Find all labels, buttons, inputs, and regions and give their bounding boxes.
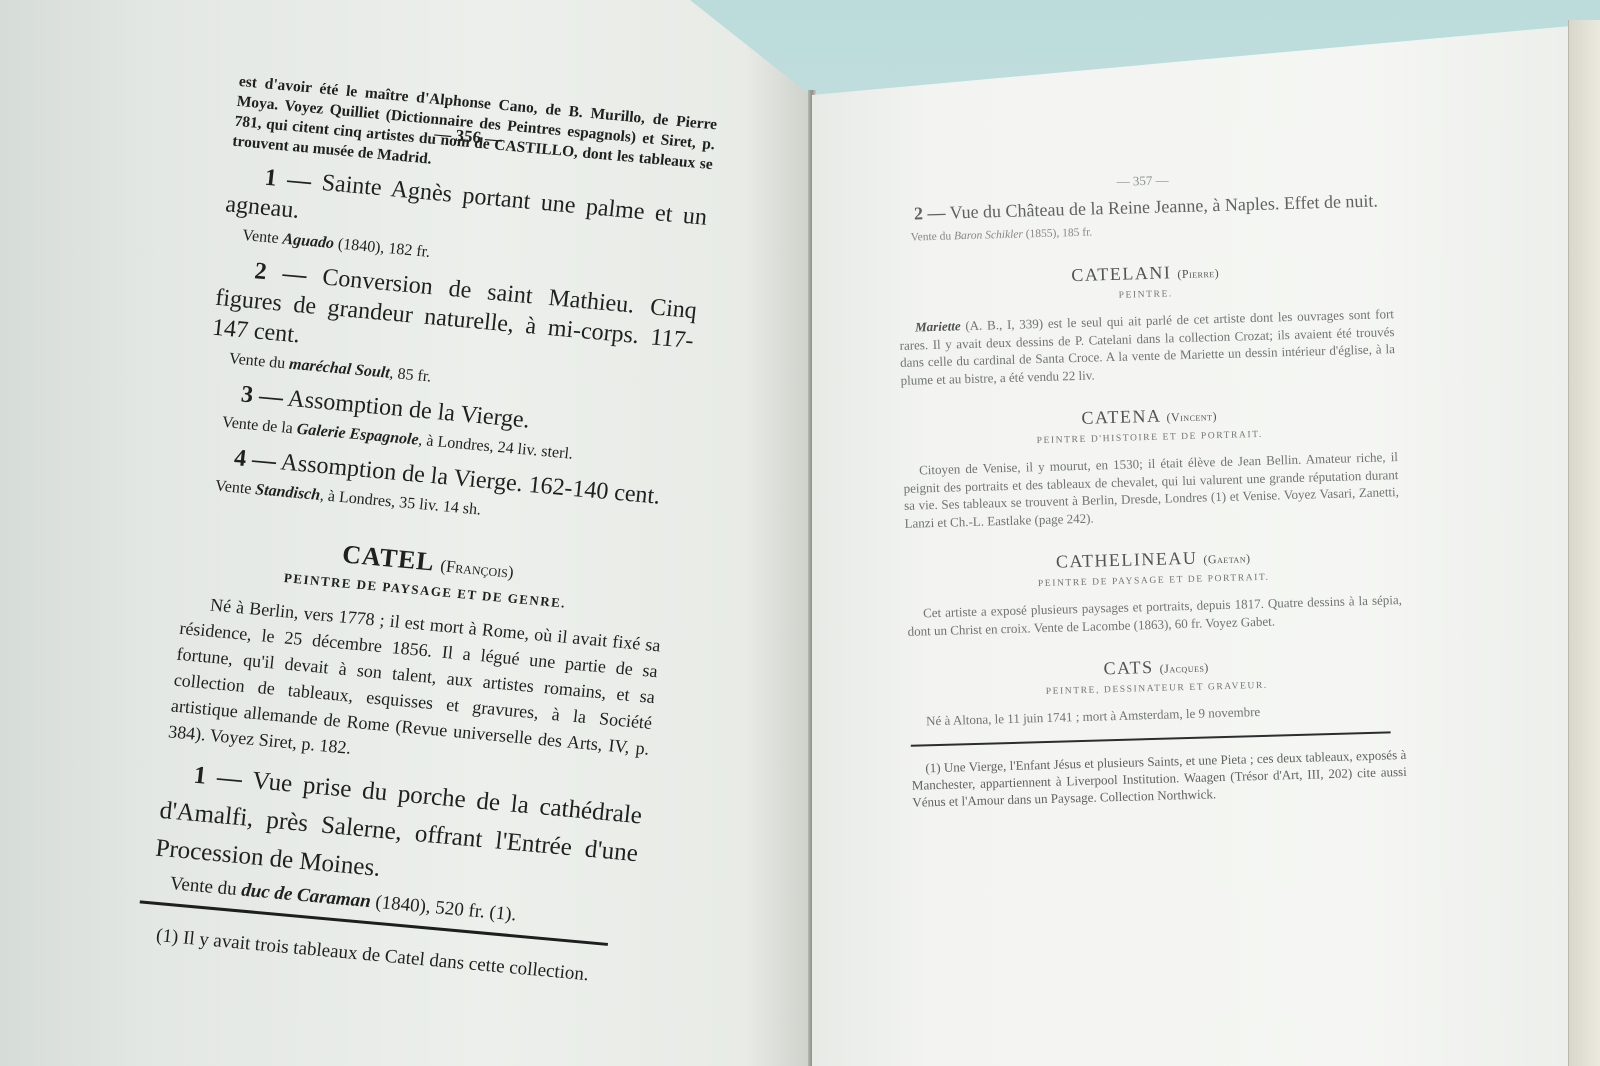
left-page-text: — 356 — est d'avoir été le maître d'Alph… <box>143 72 718 1009</box>
artist-biography: Né à Berlin, vers 1778 ; il est mort à R… <box>167 589 662 788</box>
footnote: (1) Une Vierge, l'Enfant Jésus et plusie… <box>911 745 1407 810</box>
right-page-text: — 357 — 2 — Vue du Château de la Reine J… <box>895 166 1408 823</box>
artist-biography: Citoyen de Venise, il y mourut, en 1530;… <box>903 448 1400 532</box>
footnote-divider <box>911 731 1391 746</box>
artist-biography: Cet artiste a exposé plusieurs paysages … <box>907 591 1403 640</box>
page-stack-edge <box>1568 20 1600 1066</box>
artist-biography: Né à Altona, le 11 juin 1741 ; mort à Am… <box>910 699 1405 730</box>
artist-biography: Mariette (A. B., I, 339) est le seul qui… <box>899 305 1396 389</box>
